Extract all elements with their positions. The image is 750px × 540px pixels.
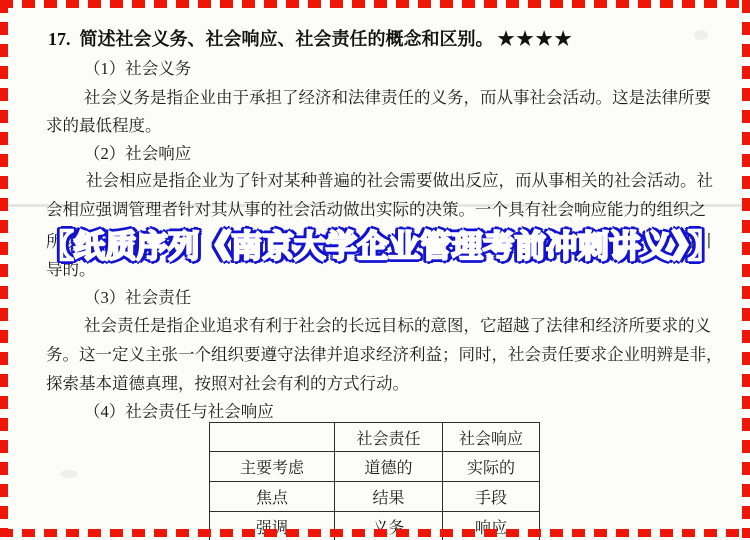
scan-smudge bbox=[60, 470, 78, 478]
table-cell: 主要考虑 bbox=[210, 452, 335, 482]
paragraph-line: 社会相应是指企业为了针对某种普遍的社会需要做出反应，而从事相关的社会活动。社 bbox=[86, 171, 713, 191]
star-rating: ★★★★ bbox=[498, 29, 574, 50]
paragraph-line: 会相应强调管理者针对其从事的社会活动做出实际的决策。一个具有社会响应能力的组织之 bbox=[46, 200, 706, 220]
question-title: 17.简述社会义务、社会响应、社会责任的概念和区别。★★★★ bbox=[48, 25, 574, 51]
section-heading-2: （2）社会响应 bbox=[84, 144, 191, 164]
table-header-cell bbox=[210, 423, 335, 452]
comparison-table: 社会责任 社会响应 主要考虑 道德的 实际的 焦点 结果 手段 强调 义务 响应 bbox=[209, 422, 540, 540]
table-header-cell: 社会响应 bbox=[443, 423, 540, 452]
table-cell: 手段 bbox=[443, 482, 540, 512]
section-heading-3: （3）社会责任 bbox=[84, 288, 191, 308]
section-heading-4: （4）社会责任与社会响应 bbox=[84, 402, 274, 422]
dashed-border-left bbox=[0, 0, 8, 532]
scan-smudge bbox=[694, 30, 708, 40]
table-row: 焦点 结果 手段 bbox=[210, 482, 540, 512]
table-header-row: 社会责任 社会响应 bbox=[210, 423, 540, 452]
table-header-cell: 社会责任 bbox=[335, 423, 443, 452]
table-cell: 实际的 bbox=[443, 452, 540, 482]
table-cell: 结果 bbox=[335, 482, 443, 512]
section-heading-1: （1）社会义务 bbox=[84, 59, 191, 79]
dashed-border-top bbox=[0, 0, 750, 8]
paragraph-line: 社会责任是指企业追求有利于社会的长远目标的意图，它超越了法律和经济所要求的义 bbox=[84, 316, 711, 336]
scanned-document-page: 17.简述社会义务、社会响应、社会责任的概念和区别。★★★★ （1）社会义务 社… bbox=[0, 0, 750, 540]
paragraph-line: 社会义务是指企业由于承担了经济和法律责任的义务，而从事社会活动。这是法律所要 bbox=[84, 88, 711, 108]
table-row: 主要考虑 道德的 实际的 bbox=[210, 452, 540, 482]
paragraph-line: 求的最低程度。 bbox=[46, 116, 162, 136]
paragraph-line: 探索基本道德真理，按照对社会有利的方式行动。 bbox=[46, 374, 409, 394]
table-cell: 道德的 bbox=[335, 452, 443, 482]
question-title-text: 简述社会义务、社会响应、社会责任的概念和区别。 bbox=[80, 29, 494, 49]
question-number: 17. bbox=[48, 29, 71, 49]
paragraph-line: 务。这一定义主张一个组织要遵守法律并追求经济利益；同时，社会责任要求企业明辨是非… bbox=[46, 345, 723, 365]
dashed-border-right bbox=[742, 0, 750, 538]
watermark-text: 【纸质序列《南京大学企业管理考前冲刺讲义》】 bbox=[40, 221, 722, 266]
dashed-border-bottom bbox=[0, 529, 750, 537]
table-cell: 焦点 bbox=[210, 482, 335, 512]
